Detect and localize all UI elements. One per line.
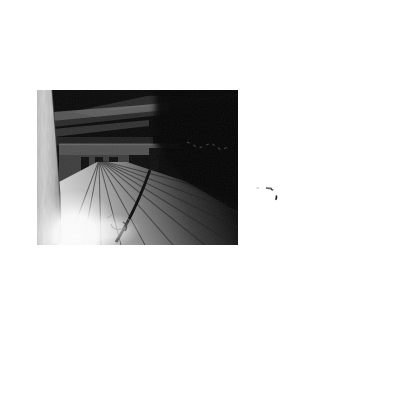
speck-dark-comma (276, 196, 277, 200)
speck-faint-dot (257, 188, 260, 189)
ink-specks-image (250, 180, 290, 210)
film-grain-overlay (37, 90, 238, 245)
ink-specks (250, 180, 290, 210)
attic-photo (37, 90, 238, 245)
speck-gray-dash (266, 188, 273, 190)
attic-photo-image (37, 90, 238, 245)
page-background (0, 0, 400, 400)
